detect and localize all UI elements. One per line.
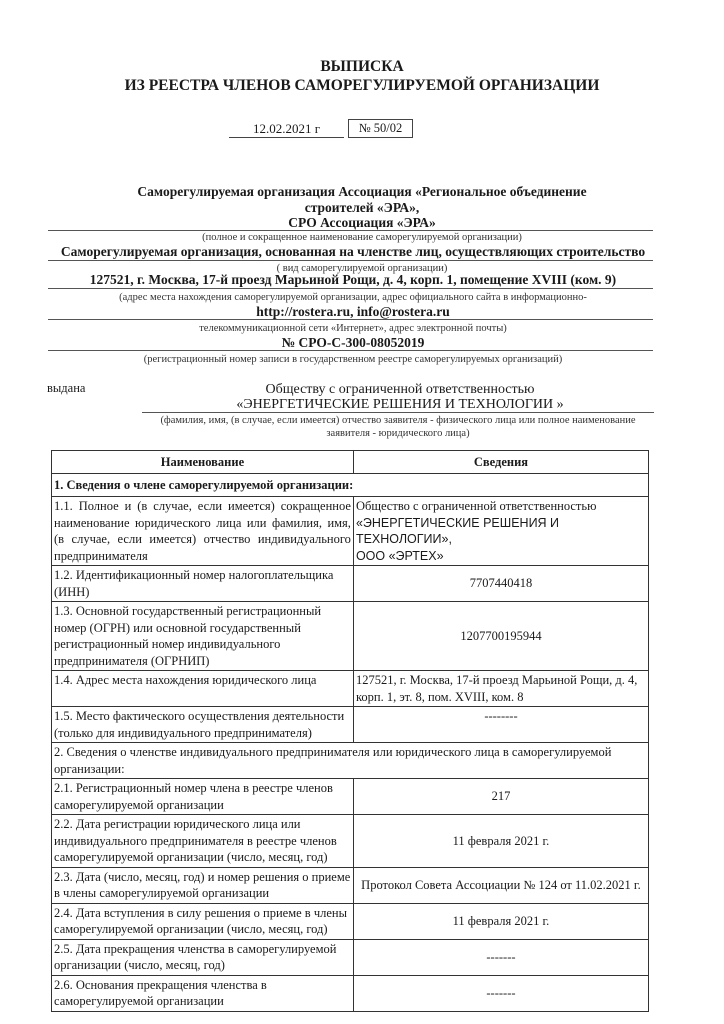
table-row: 1.1. Полное и (в случае, если имеется) с… — [52, 497, 649, 566]
row-value: 217 — [353, 779, 648, 815]
org-reg-caption: (регистрационный номер записи в государс… — [0, 353, 706, 366]
member-info-table: Наименование Сведения 1. Сведения о член… — [51, 450, 649, 1012]
row-label: 2.1. Регистрационный номер члена в реест… — [52, 779, 354, 815]
row-label: 2.6. Основания прекращения членства в са… — [52, 975, 354, 1011]
table-row: 2.6. Основания прекращения членства в са… — [52, 975, 649, 1011]
row-value: 11 февраля 2021 г. — [353, 903, 648, 939]
row-label: 1.1. Полное и (в случае, если имеется) с… — [52, 497, 354, 566]
table-row: 1.5. Место фактического осуществления де… — [52, 707, 649, 743]
row-value: ------- — [353, 975, 648, 1011]
divider — [48, 350, 653, 351]
row-label: 1.3. Основной государственный регистраци… — [52, 602, 354, 671]
table-row: 2.1. Регистрационный номер члена в реест… — [52, 779, 649, 815]
row-label: 2.2. Дата регистрации юридического лица … — [52, 815, 354, 868]
row-label: 2.3. Дата (число, месяц, год) и номер ре… — [52, 867, 354, 903]
org-name-line3: СРО Ассоциация «ЭРА» — [0, 214, 724, 231]
org-address: 127521, г. Москва, 17-й проезд Марьиной … — [0, 271, 706, 288]
row-label: 1.4. Адрес места нахождения юридического… — [52, 671, 354, 707]
document-title: ВЫПИСКА — [0, 57, 724, 76]
document-number: № 50/02 — [348, 119, 413, 138]
table-row: 1.2. Идентификационный номер налогоплате… — [52, 566, 649, 602]
divider — [142, 412, 654, 413]
row-value: 11 февраля 2021 г. — [353, 815, 648, 868]
issued-caption-line2: заявителя - юридического лица) — [142, 427, 654, 440]
divider — [48, 319, 653, 320]
divider — [48, 288, 653, 289]
row-value: 127521, г. Москва, 17-й проезд Марьиной … — [353, 671, 648, 707]
section-row: 2. Сведения о членстве индивидуального п… — [52, 743, 649, 779]
value-line: Общество с ограниченной ответственностью — [356, 498, 646, 515]
table-row: 2.2. Дата регистрации юридического лица … — [52, 815, 649, 868]
section-row: 1. Сведения о члене саморегулируемой орг… — [52, 474, 649, 497]
org-website-email: http://rostera.ru, info@rostera.ru — [0, 303, 706, 320]
table-row: 2.3. Дата (число, месяц, год) и номер ре… — [52, 867, 649, 903]
value-line: ООО «ЭРТЕХ» — [356, 548, 646, 565]
row-label: 2.4. Дата вступления в силу решения о пр… — [52, 903, 354, 939]
header-info: Сведения — [353, 451, 648, 474]
value-line: «ЭНЕРГЕТИЧЕСКИЕ РЕШЕНИЯ И ТЕХНОЛОГИИ», — [356, 515, 646, 548]
divider — [48, 260, 653, 261]
table-row: 2.4. Дата вступления в силу решения о пр… — [52, 903, 649, 939]
row-label: 1.5. Место фактического осуществления де… — [52, 707, 354, 743]
issued-to-line2: «ЭНЕРГЕТИЧЕСКИЕ РЕШЕНИЯ И ТЕХНОЛОГИИ » — [150, 396, 650, 413]
row-value: 7707440418 — [353, 566, 648, 602]
table-row: 1.4. Адрес места нахождения юридического… — [52, 671, 649, 707]
table-row: 1.3. Основной государственный регистраци… — [52, 602, 649, 671]
row-label: 2.5. Дата прекращения членства в саморег… — [52, 939, 354, 975]
org-name-line1: Саморегулируемая организация Ассоциация … — [0, 183, 724, 200]
org-reg-number: № СРО-С-300-08052019 — [0, 334, 706, 351]
row-value: Протокол Совета Ассоциации № 124 от 11.0… — [353, 867, 648, 903]
header-name: Наименование — [52, 451, 354, 474]
row-value: Общество с ограниченной ответственностью… — [353, 497, 648, 566]
document-date: 12.02.2021 г — [229, 120, 344, 138]
row-label: 1.2. Идентификационный номер налогоплате… — [52, 566, 354, 602]
section-1-title: 1. Сведения о члене саморегулируемой орг… — [52, 474, 649, 497]
document-subtitle: ИЗ РЕЕСТРА ЧЛЕНОВ САМОРЕГУЛИРУЕМОЙ ОРГАН… — [0, 76, 724, 95]
org-type: Саморегулируемая организация, основанная… — [0, 243, 706, 260]
table-row: 2.5. Дата прекращения членства в саморег… — [52, 939, 649, 975]
table-header-row: Наименование Сведения — [52, 451, 649, 474]
row-value: -------- — [353, 707, 648, 743]
row-value: ------- — [353, 939, 648, 975]
section-2-title: 2. Сведения о членстве индивидуального п… — [52, 743, 649, 779]
issued-label: выдана — [47, 381, 85, 396]
issued-caption-line1: (фамилия, имя, (в случае, если имеется) … — [142, 414, 654, 427]
row-value: 1207700195944 — [353, 602, 648, 671]
